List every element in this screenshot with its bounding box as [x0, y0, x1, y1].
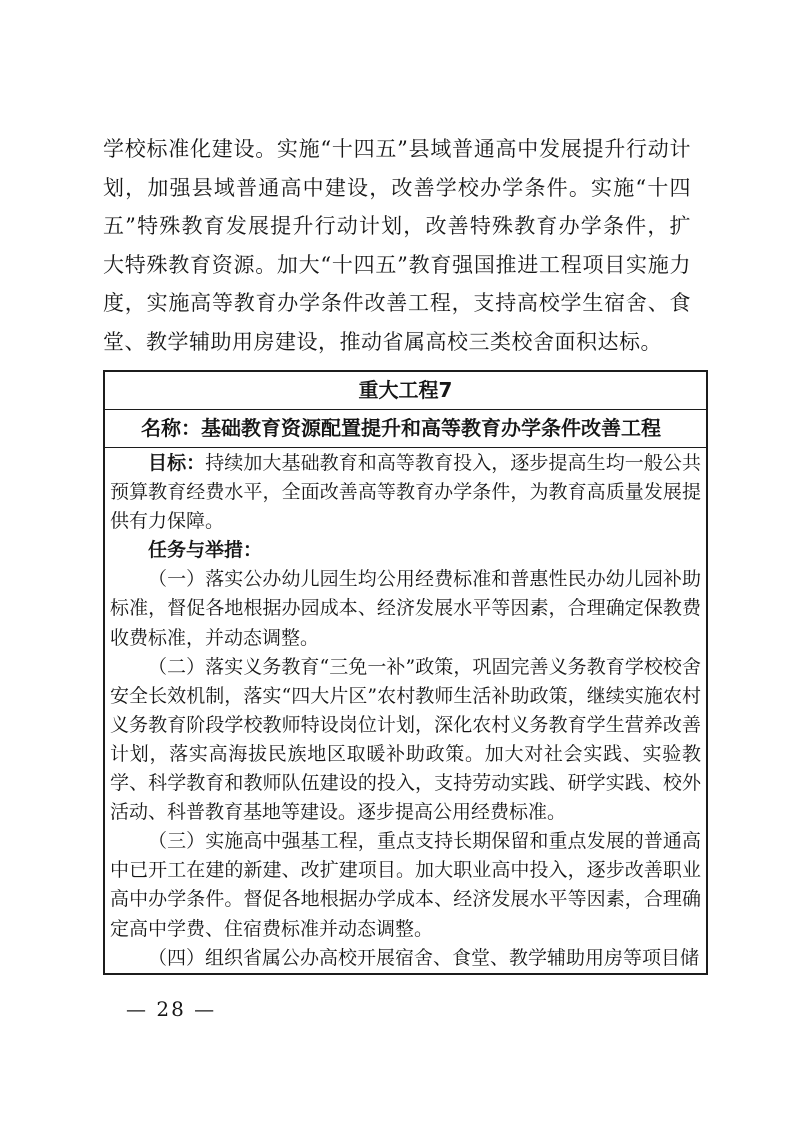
goal-paragraph: 目标：持续加大基础教育和高等教育投入，逐步提高生均一般公共预算教育经费水平，全面…: [110, 449, 701, 536]
page-number: — 28 —: [126, 997, 216, 1021]
table-body-cell: 目标：持续加大基础教育和高等教育投入，逐步提高生均一般公共预算教育经费水平，全面…: [105, 448, 706, 973]
task-item-4: （四）组织省属公办高校开展宿舍、食堂、教学辅助用房等项目储: [110, 944, 701, 973]
tasks-label: 任务与举措：: [148, 539, 262, 561]
table-name-row: 名称：基础教育资源配置提升和高等教育办学条件改善工程: [105, 410, 706, 448]
task-item-3: （三）实施高中强基工程，重点支持长期保留和重点发展的普通高中已开工在建的新建、改…: [110, 827, 701, 943]
goal-label: 目标：: [148, 452, 205, 474]
table-title: 重大工程7: [105, 372, 706, 410]
task-item-1: （一）落实公办幼儿园生均公用经费标准和普惠性民办幼儿园补助标准，督促各地根据办园…: [110, 565, 701, 652]
major-project-table: 重大工程7 名称：基础教育资源配置提升和高等教育办学条件改善工程 目标：持续加大…: [103, 370, 708, 975]
intro-paragraph: 学校标准化建设。实施“十四五”县域普通高中发展提升行动计划，加强县域普通高中建设…: [103, 130, 691, 362]
tasks-label-paragraph: 任务与举措：: [110, 536, 701, 565]
task-item-2: （二）落实义务教育“三免一补”政策，巩固完善义务教育学校校舍安全长效机制，落实“…: [110, 653, 701, 828]
